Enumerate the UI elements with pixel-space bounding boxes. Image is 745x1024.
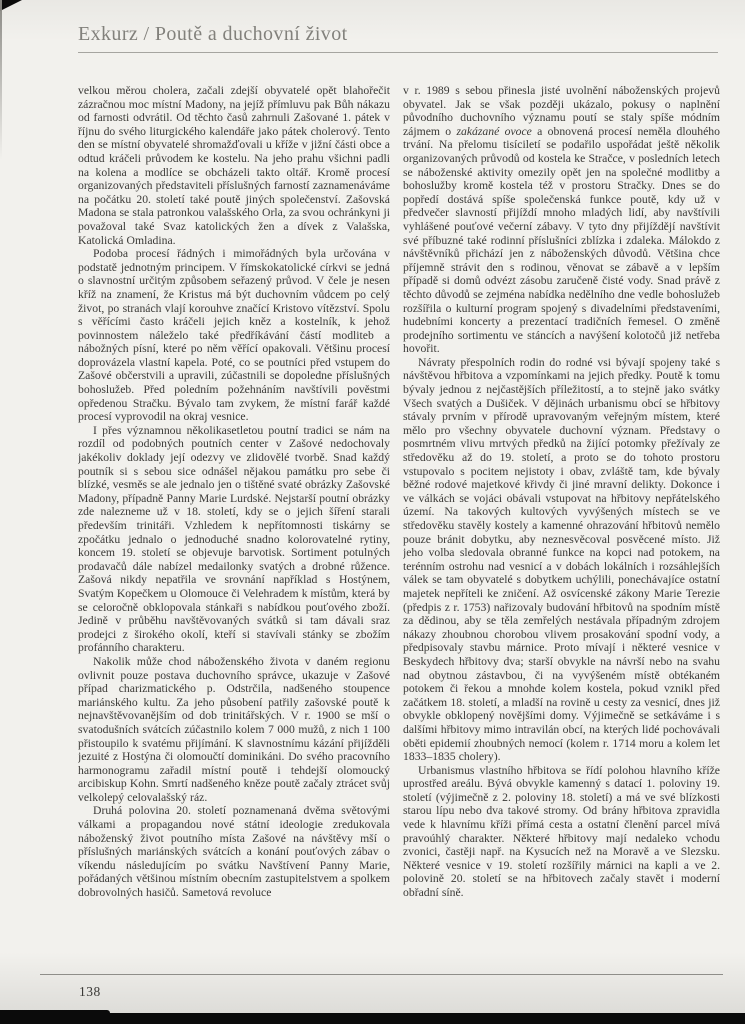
scanned-book-page: Exkurz / Poutě a duchovní život velkou m… bbox=[0, 0, 745, 1024]
header-rule bbox=[78, 52, 718, 53]
text-run: I přes významnou několikasetletou poutní… bbox=[78, 424, 390, 655]
text-run: velkou měrou cholera, začali zdejší obyv… bbox=[78, 84, 390, 247]
paragraph: velkou měrou cholera, začali zdejší obyv… bbox=[78, 84, 390, 247]
text-column-left: velkou měrou cholera, začali zdejší obyv… bbox=[78, 84, 390, 966]
text-columns: velkou měrou cholera, začali zdejší obyv… bbox=[78, 84, 720, 966]
text-run: Druhá polovina 20. století poznamenaná d… bbox=[78, 804, 390, 899]
paragraph: Podoba procesí řádných i mimořádných byl… bbox=[78, 247, 390, 424]
footer-rule bbox=[40, 974, 723, 975]
text-run: Urbanismus vlastního hřbitova se řídí po… bbox=[403, 764, 720, 899]
italic-phrase: zakázané ovoce bbox=[456, 125, 531, 138]
page-header-title: Exkurz / Poutě a duchovní život bbox=[78, 22, 348, 46]
text-run: Návraty přespolních rodin do rodné vsi b… bbox=[403, 356, 720, 763]
paragraph: Druhá polovina 20. století poznamenaná d… bbox=[78, 804, 390, 899]
paragraph: v r. 1989 s sebou přinesla jisté uvolněn… bbox=[403, 84, 720, 356]
scan-artifact-bottom-band bbox=[0, 1013, 745, 1024]
paragraph: Návraty přespolních rodin do rodné vsi b… bbox=[403, 356, 720, 764]
paragraph: Urbanismus vlastního hřbitova se řídí po… bbox=[403, 764, 720, 900]
paragraph: I přes významnou několikasetletou poutní… bbox=[78, 424, 390, 655]
text-run: a obnovená procesí neměla dlouhého trván… bbox=[403, 125, 720, 356]
paragraph: Nakolik může chod náboženského života v … bbox=[78, 655, 390, 805]
page-number: 138 bbox=[79, 984, 101, 1000]
text-run: Podoba procesí řádných i mimořádných byl… bbox=[78, 247, 390, 423]
text-column-right: v r. 1989 s sebou přinesla jisté uvolněn… bbox=[403, 84, 720, 966]
scan-artifact-corner bbox=[0, 0, 22, 11]
text-run: Nakolik může chod náboženského života v … bbox=[78, 655, 390, 804]
scan-artifact-left-edge bbox=[0, 0, 2, 160]
